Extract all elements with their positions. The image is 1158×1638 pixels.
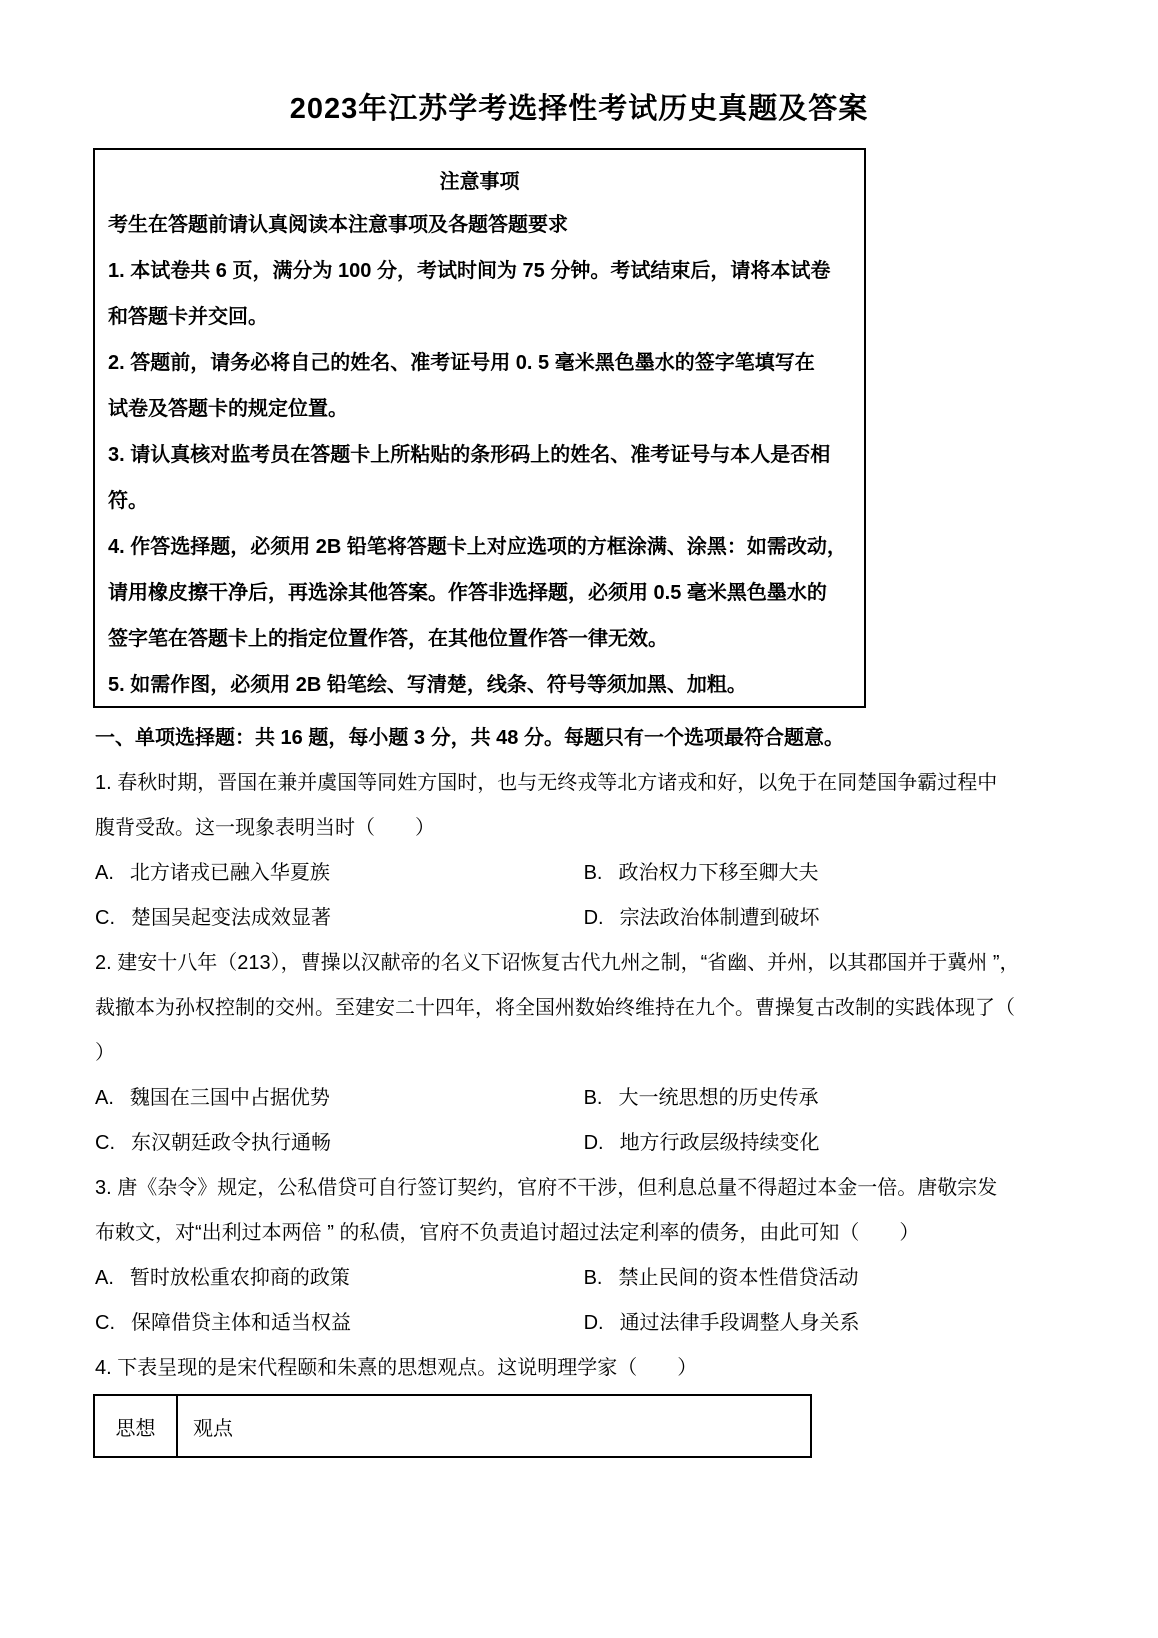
question-2-stem-line: ）	[95, 1031, 1085, 1076]
question-3-options-row: A.暂时放松重农抑商的政策 B.禁止民间的资本性借贷活动	[95, 1256, 1085, 1301]
question-1-stem-line: 腹背受敌。这一现象表明当时（ ）	[95, 806, 1085, 851]
notice-line: 2. 答题前，请务必将自己的姓名、准考证号用 0. 5 毫米黑色墨水的签字笔填写…	[108, 340, 851, 386]
question-1-option-b: B.政治权力下移至卿大夫	[584, 862, 819, 884]
question-3-option-b: B.禁止民间的资本性借贷活动	[584, 1267, 859, 1289]
notice-line: 和答题卡并交回。	[108, 294, 851, 340]
question-3-stem-line: 布敕文，对“出利过本两倍 ” 的私债，官府不负责追讨超过法定利率的债务，由此可知…	[95, 1211, 1085, 1256]
question-2-stem-line: 2. 建安十八年（213），曹操以汉献帝的名义下诏恢复古代九州之制，“省幽、并州…	[95, 941, 1085, 986]
notice-line: 试卷及答题卡的规定位置。	[108, 386, 851, 432]
notice-line: 签字笔在答题卡上的指定位置作答，在其他位置作答一律无效。	[108, 616, 851, 662]
question-2-option-a: A.魏国在三国中占据优势	[95, 1076, 578, 1121]
question-4-stem-line: 4. 下表呈现的是宋代程颐和朱熹的思想观点。这说明理学家（ ）	[95, 1346, 1085, 1391]
questions-section: 一、单项选择题：共 16 题，每小题 3 分，共 48 分。每题只有一个选项最符…	[95, 716, 1085, 1391]
notice-heading: 注意事项	[108, 162, 851, 202]
question-3-option-c: C.保障借贷主体和适当权益	[95, 1301, 578, 1346]
table-header-thought: 思想	[95, 1396, 178, 1456]
table-header-viewpoint: 观点	[178, 1396, 810, 1456]
question-2-options-row: A.魏国在三国中占据优势 B.大一统思想的历史传承	[95, 1076, 1085, 1121]
thought-viewpoint-table: 思想 观点	[93, 1394, 812, 1458]
question-1-options-row: A.北方诸戎已融入华夏族 B.政治权力下移至卿大夫	[95, 851, 1085, 896]
question-1-option-d: D.宗法政治体制遭到破坏	[584, 907, 820, 929]
question-2-option-b: B.大一统思想的历史传承	[584, 1087, 819, 1109]
question-1-option-c: C.楚国吴起变法成效显著	[95, 896, 578, 941]
page-title: 2023年江苏学考选择性考试历史真题及答案	[0, 86, 1158, 127]
notice-intro: 考生在答题前请认真阅读本注意事项及各题答题要求	[108, 202, 851, 248]
notice-line: 请用橡皮擦干净后，再选涂其他答案。作答非选择题，必须用 0.5 毫米黑色墨水的	[108, 570, 851, 616]
notice-line: 3. 请认真核对监考员在答题卡上所粘贴的条形码上的姓名、准考证号与本人是否相	[108, 432, 851, 478]
notice-line: 符。	[108, 478, 851, 524]
notice-line: 5. 如需作图，必须用 2B 铅笔绘、写清楚，线条、符号等须加黑、加粗。	[108, 662, 851, 708]
question-1-option-a: A.北方诸戎已融入华夏族	[95, 851, 578, 896]
notice-line: 4. 作答选择题，必须用 2B 铅笔将答题卡上对应选项的方框涂满、涂黑：如需改动…	[108, 524, 851, 570]
question-1-stem-line: 1. 春秋时期，晋国在兼并虞国等同姓方国时，也与无终戎等北方诸戎和好，以免于在同…	[95, 761, 1085, 806]
question-3-options-row: C.保障借贷主体和适当权益 D.通过法律手段调整人身关系	[95, 1301, 1085, 1346]
question-2-options-row: C.东汉朝廷政令执行通畅 D.地方行政层级持续变化	[95, 1121, 1085, 1166]
question-2-option-d: D.地方行政层级持续变化	[584, 1132, 820, 1154]
exam-document-page: 2023年江苏学考选择性考试历史真题及答案 注意事项 考生在答题前请认真阅读本注…	[0, 0, 1158, 1638]
question-3-stem-line: 3. 唐《杂令》规定，公私借贷可自行签订契约，官府不干涉，但利息总量不得超过本金…	[95, 1166, 1085, 1211]
question-1-options-row: C.楚国吴起变法成效显著 D.宗法政治体制遭到破坏	[95, 896, 1085, 941]
question-3-option-a: A.暂时放松重农抑商的政策	[95, 1256, 578, 1301]
notice-box: 注意事项 考生在答题前请认真阅读本注意事项及各题答题要求 1. 本试卷共 6 页…	[93, 148, 866, 708]
question-2-option-c: C.东汉朝廷政令执行通畅	[95, 1121, 578, 1166]
notice-line: 1. 本试卷共 6 页，满分为 100 分，考试时间为 75 分钟。考试结束后，…	[108, 248, 851, 294]
section-heading: 一、单项选择题：共 16 题，每小题 3 分，共 48 分。每题只有一个选项最符…	[95, 716, 1085, 761]
question-3-option-d: D.通过法律手段调整人身关系	[584, 1312, 860, 1334]
question-2-stem-line: 裁撤本为孙权控制的交州。至建安二十四年，将全国州数始终维持在九个。曹操复古改制的…	[95, 986, 1085, 1031]
